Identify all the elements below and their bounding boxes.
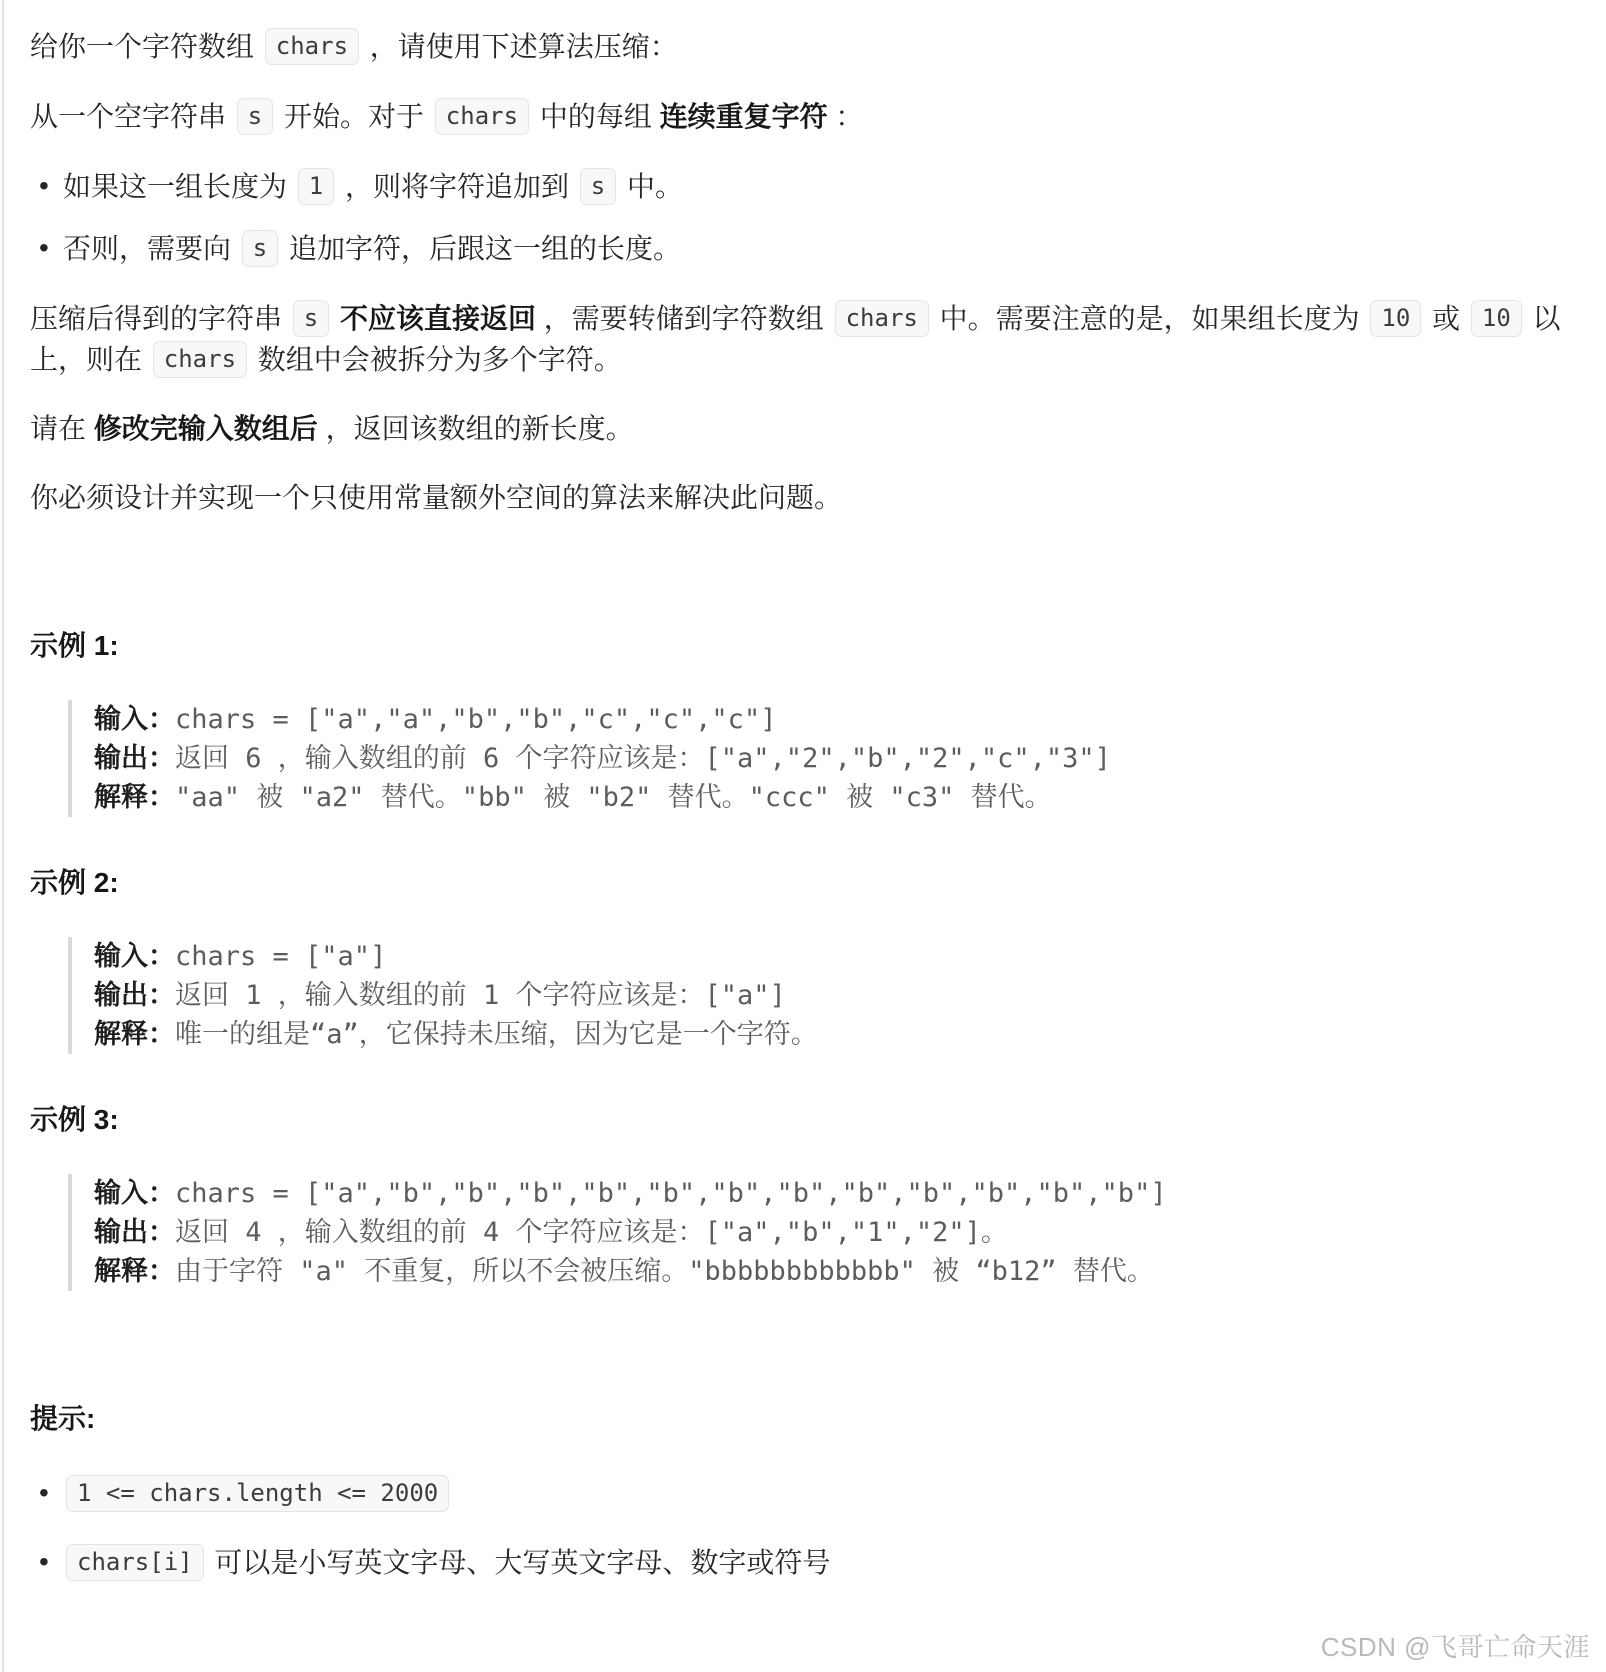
inline-code-constraint: 1 <= chars.length <= 2000: [66, 1475, 449, 1512]
inline-code-chars: chars: [265, 28, 359, 65]
inline-code-10: 10: [1471, 300, 1522, 337]
page-left-border: [2, 0, 4, 1672]
inline-code-s: s: [580, 168, 616, 205]
intro-paragraph-3: 压缩后得到的字符串 s 不应该直接返回 ，需要转储到字符数组 chars 中。需…: [30, 298, 1576, 380]
example-output-line: 输出：返回 4 ，输入数组的前 4 个字符应该是：["a","b","1","2…: [94, 1213, 1576, 1252]
example-input-value: chars = ["a"]: [175, 941, 386, 972]
inline-code-chars: chars: [835, 300, 929, 337]
inline-code-s: s: [242, 230, 278, 267]
example-2-block: 输入：chars = ["a"] 输出：返回 1 ，输入数组的前 1 个字符应该…: [68, 937, 1576, 1054]
inline-code-chars-i: chars[i]: [66, 1544, 204, 1581]
example-1-block: 输入：chars = ["a","a","b","b","c","c","c"]…: [68, 700, 1576, 817]
text-segment: 你必须设计并实现一个只使用常量额外空间的算法来解决此问题。: [30, 482, 842, 513]
text-segment: 中。: [619, 171, 683, 202]
bold-text: 连续重复字符: [660, 101, 828, 132]
text-segment: ，返回该数组的新长度。: [318, 413, 634, 444]
csdn-watermark: CSDN @飞哥亡命天涯: [1321, 1627, 1590, 1664]
bold-text: 修改完输入数组后: [94, 413, 318, 444]
text-segment: 可以是小写英文字母、大写英文字母、数字或符号: [207, 1547, 831, 1578]
inline-code-s: s: [237, 98, 273, 135]
text-segment: 或: [1424, 303, 1468, 334]
output-label: 输出：: [94, 980, 175, 1010]
text-segment: 请在: [30, 413, 94, 444]
example-explain-value: 唯一的组是“a”，它保持未压缩，因为它是一个字符。: [175, 1019, 818, 1050]
example-output-value: 返回 4 ，输入数组的前 4 个字符应该是：["a","b","1","2"]。: [175, 1217, 1008, 1248]
input-label: 输入：: [94, 941, 175, 971]
text-segment: 否则，需要向: [63, 233, 239, 264]
hints-list: 1 <= chars.length <= 2000 chars[i] 可以是小写…: [30, 1473, 1576, 1583]
example-3-block: 输入：chars = ["a","b","b","b","b","b","b",…: [68, 1174, 1576, 1291]
hint-item: chars[i] 可以是小写英文字母、大写英文字母、数字或符号: [63, 1542, 1576, 1583]
intro-paragraph-1: 给你一个字符数组 chars ，请使用下述算法压缩：: [30, 26, 1576, 67]
example-output-line: 输出：返回 1 ，输入数组的前 1 个字符应该是：["a"]: [94, 976, 1576, 1015]
text-segment: [332, 303, 340, 334]
inline-code-1: 1: [298, 168, 334, 205]
inline-code-s: s: [293, 300, 329, 337]
list-item: 否则，需要向 s 追加字符，后跟这一组的长度。: [63, 228, 1576, 269]
example-input-value: chars = ["a","b","b","b","b","b","b","b"…: [175, 1178, 1167, 1209]
example-explain-value: 由于字符 "a" 不重复，所以不会被压缩。"bbbbbbbbbbbb" 被 “b…: [175, 1256, 1154, 1287]
bold-text: 不应该直接返回: [340, 303, 536, 334]
inline-code-10: 10: [1370, 300, 1421, 337]
text-segment: ：: [828, 101, 864, 132]
example-explain-line: 解释："aa" 被 "a2" 替代。"bb" 被 "b2" 替代。"ccc" 被…: [94, 778, 1576, 817]
text-segment: 数组中会被拆分为多个字符。: [250, 344, 622, 375]
text-segment: 如果这一组长度为: [63, 171, 295, 202]
inline-code-chars: chars: [435, 98, 529, 135]
example-explain-line: 解释：唯一的组是“a”，它保持未压缩，因为它是一个字符。: [94, 1015, 1576, 1054]
text-segment: ，则将字符追加到: [337, 171, 577, 202]
text-segment: 追加字符，后跟这一组的长度。: [281, 233, 681, 264]
example-input-line: 输入：chars = ["a","b","b","b","b","b","b",…: [94, 1174, 1576, 1213]
input-label: 输入：: [94, 704, 175, 734]
example-input-line: 输入：chars = ["a"]: [94, 937, 1576, 976]
text-segment: ，需要转储到字符数组: [536, 303, 832, 334]
explain-label: 解释：: [94, 782, 175, 812]
example-input-line: 输入：chars = ["a","a","b","b","c","c","c"]: [94, 700, 1576, 739]
example-explain-line: 解释：由于字符 "a" 不重复，所以不会被压缩。"bbbbbbbbbbbb" 被…: [94, 1252, 1576, 1291]
text-segment: 从一个空字符串: [30, 101, 234, 132]
example-output-line: 输出：返回 6 ，输入数组的前 6 个字符应该是：["a","2","b","2…: [94, 739, 1576, 778]
example-2-title: 示例 2:: [30, 863, 1576, 903]
intro-paragraph-2: 从一个空字符串 s 开始。对于 chars 中的每组 连续重复字符 ：: [30, 96, 1576, 137]
example-3-title: 示例 3:: [30, 1100, 1576, 1140]
example-input-value: chars = ["a","a","b","b","c","c","c"]: [175, 704, 776, 735]
text-segment: 开始。对于: [276, 101, 432, 132]
example-explain-value: "aa" 被 "a2" 替代。"bb" 被 "b2" 替代。"ccc" 被 "c…: [175, 782, 1052, 813]
algorithm-rule-list: 如果这一组长度为 1 ，则将字符追加到 s 中。 否则，需要向 s 追加字符，后…: [30, 166, 1576, 269]
text-segment: 压缩后得到的字符串: [30, 303, 290, 334]
intro-paragraph-5: 你必须设计并实现一个只使用常量额外空间的算法来解决此问题。: [30, 478, 1576, 518]
text-segment: ，请使用下述算法压缩：: [362, 31, 678, 62]
problem-description-page: { "intro": { "p1": { "t1": "给你一个字符数组 ", …: [0, 0, 1606, 1672]
explain-label: 解释：: [94, 1019, 175, 1049]
text-segment: 中。需要注意的是，如果组长度为: [932, 303, 1368, 334]
hint-item: 1 <= chars.length <= 2000: [63, 1473, 1576, 1514]
output-label: 输出：: [94, 1217, 175, 1247]
text-segment: 给你一个字符数组: [30, 31, 262, 62]
output-label: 输出：: [94, 743, 175, 773]
intro-paragraph-4: 请在 修改完输入数组后 ，返回该数组的新长度。: [30, 409, 1576, 449]
hints-title: 提示:: [30, 1399, 1576, 1439]
example-output-value: 返回 1 ，输入数组的前 1 个字符应该是：["a"]: [175, 980, 786, 1011]
input-label: 输入：: [94, 1178, 175, 1208]
list-item: 如果这一组长度为 1 ，则将字符追加到 s 中。: [63, 166, 1576, 207]
inline-code-chars: chars: [153, 341, 247, 378]
example-1-title: 示例 1:: [30, 626, 1576, 666]
example-output-value: 返回 6 ，输入数组的前 6 个字符应该是：["a","2","b","2","…: [175, 743, 1111, 774]
text-segment: 中的每组: [532, 101, 660, 132]
explain-label: 解释：: [94, 1256, 175, 1286]
